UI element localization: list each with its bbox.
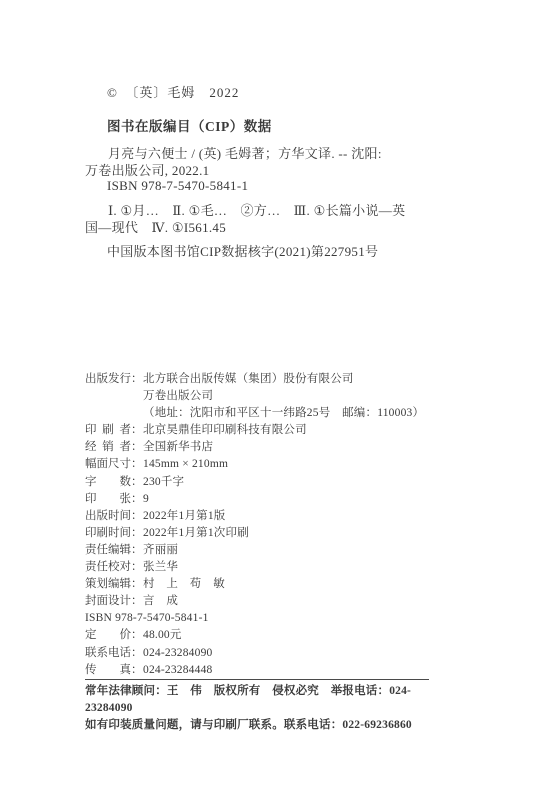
print-quality-line: 如有印装质量问题，请与印刷厂联系。联系电话：022-69236860	[85, 717, 455, 734]
copyright-notice: © 〔英〕毛姆 2022	[107, 82, 239, 101]
info-label: 定价	[85, 627, 131, 644]
info-row-proofreader: 责任校对：张兰华	[85, 559, 455, 576]
info-value: 言 成	[143, 595, 178, 607]
info-value: 9	[143, 493, 149, 505]
info-row-price: 定价：48.00元	[85, 627, 455, 644]
info-value: 024-23284448	[143, 664, 212, 676]
footer-divider-rule	[85, 679, 429, 680]
cip-header: 图书在版编目（CIP）数据	[107, 115, 272, 135]
info-value: 北京昊鼎佳印印刷科技有限公司	[143, 424, 307, 436]
info-row-cover-design: 封面设计：言 成	[85, 593, 455, 610]
cip-class-line2: 国—现代 Ⅳ. ①I561.45	[85, 219, 455, 236]
info-separator: ：	[131, 645, 143, 662]
info-row-printdate: 印刷时间：2022年1月第1次印刷	[85, 525, 455, 542]
info-separator: ：	[131, 474, 143, 491]
info-label: 传真	[85, 662, 131, 679]
cip-record-number: 中国版本图书馆CIP数据核字(2021)第227951号	[107, 241, 378, 260]
info-label: 责任编辑	[85, 542, 131, 559]
info-row-publisher2: 万卷出版公司	[85, 388, 455, 405]
info-separator: ：	[131, 491, 143, 508]
info-value: 北方联合出版传媒（集团）股份有限公司	[143, 373, 354, 385]
info-label: 印刷时间	[85, 525, 131, 542]
info-separator: ：	[131, 576, 143, 593]
info-value: 2022年1月第1版	[143, 510, 226, 522]
info-row-phone: 联系电话：024-23284090	[85, 645, 455, 662]
info-row-publisher: 出版发行：北方联合出版传媒（集团）股份有限公司	[85, 371, 455, 388]
copyright-page: © 〔英〕毛姆 2022 图书在版编目（CIP）数据 月亮与六便士 / (英) …	[0, 0, 559, 800]
info-label: 幅面尺寸	[85, 456, 131, 473]
info-separator: ：	[131, 508, 143, 525]
legal-counsel-line: 常年法律顾问：王 伟 版权所有 侵权必究 举报电话：024-23284090	[85, 683, 455, 717]
info-row-editor: 责任编辑：齐丽丽	[85, 542, 455, 559]
cip-entry: 月亮与六便士 / (英) 毛姆著；方华文译. -- 沈阳: 万卷出版公司, 20…	[85, 145, 445, 179]
info-row-size: 幅面尺寸：145mm × 210mm	[85, 456, 455, 473]
info-separator: ：	[131, 593, 143, 610]
info-label: 经销者	[85, 439, 131, 456]
info-separator: ：	[131, 439, 143, 456]
info-separator: ：	[131, 422, 143, 439]
info-value: 48.00元	[143, 629, 182, 641]
info-label: 字数	[85, 474, 131, 491]
info-value: 全国新华书店	[143, 441, 213, 453]
info-value: 齐丽丽	[143, 544, 178, 556]
legal-footer: 常年法律顾问：王 伟 版权所有 侵权必究 举报电话：024-23284090 如…	[85, 683, 455, 734]
info-separator: ：	[131, 542, 143, 559]
info-value: （地址：沈阳市和平区十一纬路25号 邮编：110003）	[143, 407, 424, 419]
info-separator: ：	[131, 456, 143, 473]
info-label: 出版发行	[85, 371, 131, 388]
info-row-planning-editor: 策划编辑：村 上 苟 敏	[85, 576, 455, 593]
info-label: 出版时间	[85, 508, 131, 525]
info-separator: ：	[131, 662, 143, 679]
isbn-text: ISBN 978-7-5470-5841-1	[85, 612, 209, 624]
info-row-fax: 传真：024-23284448	[85, 662, 455, 679]
info-value: 张兰华	[143, 561, 178, 573]
info-row-sheets: 印张：9	[85, 491, 455, 508]
info-row-isbn: ISBN 978-7-5470-5841-1	[85, 610, 455, 627]
info-value: 230千字	[143, 476, 184, 488]
cip-entry-line1: 月亮与六便士 / (英) 毛姆著；方华文译. -- 沈阳:	[85, 145, 445, 162]
publication-info-list: 出版发行：北方联合出版传媒（集团）股份有限公司 万卷出版公司 （地址：沈阳市和平…	[85, 371, 455, 679]
info-value: 2022年1月第1次印刷	[143, 527, 249, 539]
info-row-printer: 印刷者：北京昊鼎佳印印刷科技有限公司	[85, 422, 455, 439]
info-separator: ：	[131, 627, 143, 644]
info-label: 印刷者	[85, 422, 131, 439]
info-value: 145mm × 210mm	[143, 458, 228, 470]
cip-classification: Ⅰ. ①月… Ⅱ. ①毛… ②方… Ⅲ. ①长篇小说—英 国—现代 Ⅳ. ①I5…	[85, 202, 455, 236]
info-separator: ：	[131, 371, 143, 388]
info-label: 策划编辑	[85, 576, 131, 593]
cip-entry-line2: 万卷出版公司, 2022.1	[85, 162, 445, 179]
info-label: 责任校对	[85, 559, 131, 576]
info-value: 万卷出版公司	[143, 390, 213, 402]
cip-class-line1: Ⅰ. ①月… Ⅱ. ①毛… ②方… Ⅲ. ①长篇小说—英	[85, 202, 455, 219]
info-label: 联系电话	[85, 645, 131, 662]
info-row-distributor: 经销者：全国新华书店	[85, 439, 455, 456]
info-value: 村 上 苟 敏	[143, 578, 225, 590]
info-row-pubdate: 出版时间：2022年1月第1版	[85, 508, 455, 525]
info-separator: ：	[131, 559, 143, 576]
cip-isbn: ISBN 978-7-5470-5841-1	[107, 178, 248, 194]
info-row-wordcount: 字数：230千字	[85, 474, 455, 491]
info-label: 封面设计	[85, 593, 131, 610]
info-label: 印张	[85, 491, 131, 508]
info-separator: ：	[131, 525, 143, 542]
info-value: 024-23284090	[143, 647, 212, 659]
info-row-address: （地址：沈阳市和平区十一纬路25号 邮编：110003）	[85, 405, 455, 422]
